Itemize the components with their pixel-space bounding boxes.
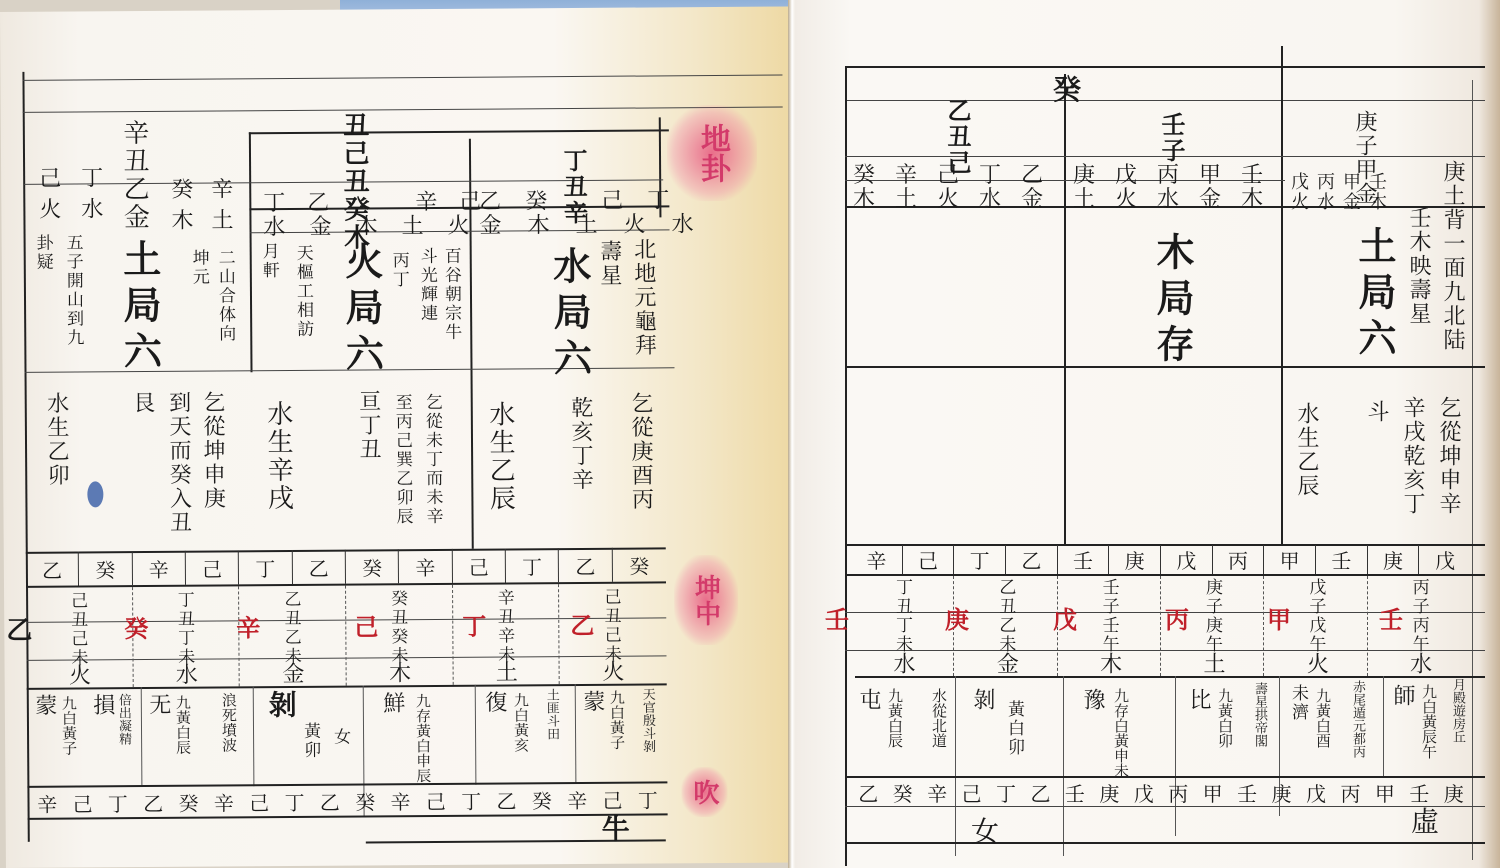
stem-cell: 癸 bbox=[346, 549, 400, 583]
stem-cell: 癸 bbox=[885, 778, 919, 807]
red-stem: 乙 bbox=[6, 610, 32, 647]
section1-header: 辛丑乙金 bbox=[121, 119, 148, 231]
stem-cell: 癸 bbox=[347, 785, 383, 815]
section1-elements: 木土火水金 bbox=[853, 182, 1063, 213]
top-header: 癸 bbox=[1053, 68, 1081, 108]
rule bbox=[249, 129, 669, 134]
lower-note: 水生乙卯 bbox=[45, 392, 68, 488]
hexagram-extra: 赤尾遁元都丙 bbox=[1351, 680, 1364, 758]
stem-cell: 己 bbox=[65, 787, 101, 817]
lower-note: 乾亥丁辛 bbox=[569, 396, 592, 492]
stem-cell: 丙 bbox=[1161, 778, 1195, 807]
hexagram-trigram: 九白黃亥 bbox=[513, 692, 528, 752]
red-stem: 庚 bbox=[945, 600, 969, 635]
hexagram-name: 復 bbox=[483, 690, 505, 714]
section1-stem-ji: 己火 bbox=[39, 162, 61, 224]
col-divider bbox=[1064, 74, 1066, 544]
footer-mansion: 虛 bbox=[1411, 800, 1439, 840]
stem-cell: 乙 bbox=[1023, 778, 1057, 807]
right-border bbox=[1472, 80, 1473, 860]
stem-cell: 庚 bbox=[1109, 545, 1161, 574]
stem-row: 辛 己 丁 乙 壬 庚 戊 丙 甲 壬 庚 戊 bbox=[851, 545, 1471, 574]
col-divider bbox=[1281, 46, 1283, 546]
stem-cell: 丁 bbox=[954, 545, 1006, 574]
red-stem: 甲 bbox=[1267, 600, 1291, 635]
lower-note: 至丙己巽乙卯辰 bbox=[393, 393, 411, 526]
stem-cell: 辛 bbox=[920, 778, 954, 807]
section2-note: 百谷朝宗牛 bbox=[442, 247, 460, 342]
hexagram-trigram: 九黃白辰 bbox=[175, 695, 190, 755]
stem-cell: 壬 bbox=[1316, 545, 1368, 574]
section2-header: 壬子 bbox=[1159, 112, 1183, 164]
hexagram-trigram: 九白黃子 bbox=[61, 695, 76, 755]
hexagram-name: 豫 bbox=[1081, 688, 1103, 712]
col-divider bbox=[253, 686, 255, 786]
lower-note: 水生乙辰 bbox=[1295, 402, 1317, 498]
section2-main: 木局存 bbox=[1153, 232, 1191, 370]
stem-cell: 乙 bbox=[135, 787, 171, 817]
stem-cell: 丙 bbox=[1213, 545, 1265, 574]
lower-note: 乞從未丁而未辛 bbox=[423, 393, 441, 526]
red-seal-stamp: 吹 bbox=[681, 767, 727, 817]
col-divider bbox=[249, 132, 253, 372]
section3-elements: 火水金木 bbox=[1291, 188, 1395, 214]
lower-note: 乞從坤申辛 bbox=[1437, 396, 1459, 516]
lower-note: 斗 bbox=[1365, 400, 1387, 424]
rule bbox=[845, 66, 1485, 68]
lower-note: 乞從坤申庚 bbox=[201, 390, 224, 510]
red-stem: 壬 bbox=[825, 600, 849, 635]
hexagram-trigram: 黃白卯 bbox=[1005, 700, 1022, 757]
section2-note: 丙丁 bbox=[390, 251, 407, 289]
stem-row: 乙 癸 辛 己 丁 乙 癸 辛 己 丁 乙 癸 bbox=[26, 547, 666, 585]
hexagram-name: 鮮 bbox=[381, 691, 403, 715]
section1-note: 二山合体向 bbox=[216, 248, 234, 343]
section3-note: 壬木映壽星 bbox=[1407, 206, 1429, 326]
section1-note: 卦疑 bbox=[34, 234, 51, 272]
stem-cell: 丁 bbox=[239, 550, 293, 584]
hexagram-trigram: 九存白黃申未 bbox=[1113, 688, 1128, 778]
stem-cell: 甲 bbox=[1264, 545, 1316, 574]
stem-cell: 丁 bbox=[453, 785, 489, 815]
stem-cell: 乙 bbox=[851, 778, 885, 807]
stem-cell: 庚 bbox=[1264, 778, 1298, 807]
hexagram-trigram: 九存黃白申辰 bbox=[415, 693, 431, 783]
rule bbox=[845, 100, 1485, 101]
stem-cell: 辛 bbox=[399, 549, 453, 583]
section1-note: 五子開山到九 bbox=[64, 233, 82, 347]
lower-note: 艮 bbox=[131, 391, 153, 415]
hexagram-name: 剝 bbox=[267, 690, 295, 722]
hexagram-name: 未濟 bbox=[1289, 684, 1306, 722]
bottom-stem-row: 辛 己 丁 乙 癸 辛 己 丁 乙 癸 辛 己 丁 乙 癸 辛 己 丁 bbox=[29, 783, 665, 817]
section3-note: 庚土背一面九北陆 bbox=[1441, 160, 1463, 352]
col-divider bbox=[1383, 676, 1384, 776]
stem-cell: 辛 bbox=[383, 785, 419, 815]
section3-note: 壽星 bbox=[598, 240, 620, 288]
lower-note: 辛戌乾亥丁 bbox=[1401, 396, 1423, 516]
section2-note: 斗光輝連 bbox=[418, 247, 436, 323]
stem-cell: 己 bbox=[418, 785, 454, 815]
hexagram-trigram: 九黃白辰 bbox=[887, 688, 902, 748]
stem-cell: 壬 bbox=[1058, 778, 1092, 807]
stem-cell: 丁 bbox=[989, 778, 1023, 807]
stem-cell: 庚 bbox=[1092, 778, 1126, 807]
section3-main: 水局六 bbox=[550, 246, 589, 384]
red-stem: 戊 bbox=[1053, 600, 1077, 635]
hexagram-extra: 天官殷斗剝 bbox=[641, 687, 654, 752]
red-stem: 癸 bbox=[124, 609, 148, 644]
section3-note: 北地元龜拜 bbox=[632, 237, 655, 357]
stem-cell: 癸 bbox=[171, 787, 207, 817]
hexagram-name: 比 bbox=[1187, 688, 1209, 712]
stem-cell: 辛 bbox=[29, 788, 65, 818]
hexagram-trigram: 九白黃子 bbox=[609, 690, 624, 750]
stem-cell: 乙 bbox=[559, 548, 613, 582]
stem-cell: 癸 bbox=[524, 784, 560, 814]
red-stem: 壬 bbox=[1379, 600, 1403, 635]
red-stem-row: 壬 庚 戊 丙 甲 壬 bbox=[795, 600, 1475, 630]
red-stem-row: 乙 癸 辛 己 丁 乙 bbox=[4, 606, 644, 640]
col-divider bbox=[1063, 676, 1064, 856]
lower-note: 水生辛戌 bbox=[265, 400, 292, 512]
stem-cell: 乙 bbox=[292, 550, 346, 584]
stem-cell: 丙 bbox=[1333, 778, 1367, 807]
stem-cell: 戊 bbox=[1419, 545, 1471, 574]
left-border bbox=[845, 66, 847, 866]
col-divider bbox=[1175, 676, 1176, 836]
stem-cell: 戊 bbox=[1161, 545, 1213, 574]
stem-cell: 乙 bbox=[489, 784, 525, 814]
stem-cell: 乙 bbox=[312, 786, 348, 816]
hexagram-name: 損 bbox=[91, 693, 113, 717]
section1-stem-ding: 丁水 bbox=[81, 161, 103, 223]
red-stem: 乙 bbox=[570, 606, 594, 641]
lower-note: 水生乙辰 bbox=[487, 400, 514, 512]
section2-note: 月軒 bbox=[260, 242, 277, 280]
stem-cell: 丁 bbox=[277, 786, 313, 816]
hexagram-extra: 女 bbox=[331, 728, 348, 747]
red-stem: 丙 bbox=[1165, 600, 1189, 635]
stem-cell: 甲 bbox=[1368, 778, 1402, 807]
ink-stain bbox=[87, 481, 103, 507]
stem-cell: 甲 bbox=[1195, 778, 1229, 807]
rule bbox=[845, 842, 1485, 844]
stem-cell: 辛 bbox=[206, 786, 242, 816]
col-divider bbox=[141, 687, 143, 787]
hexagram-name: 剝 bbox=[971, 688, 993, 712]
stem-cell: 己 bbox=[241, 786, 277, 816]
stem-cell: 戊 bbox=[1299, 778, 1333, 807]
stem-cell: 乙 bbox=[26, 551, 80, 585]
red-stem: 丁 bbox=[462, 607, 486, 642]
stem-cell: 癸 bbox=[79, 551, 133, 585]
hexagram-extra: 月殿遊房丘 bbox=[1451, 678, 1464, 743]
stem-cell: 己 bbox=[452, 548, 506, 582]
hexagram-extra: 土匪斗田 bbox=[545, 688, 558, 740]
left-border bbox=[22, 72, 29, 842]
stem-cell: 壬 bbox=[1058, 545, 1110, 574]
stem-cell: 丁 bbox=[630, 783, 666, 813]
stem-cell: 庚 bbox=[1437, 778, 1471, 807]
stem-cell: 壬 bbox=[1230, 778, 1264, 807]
lower-note: 乞從庚酉丙 bbox=[629, 391, 652, 511]
stem-cell: 丁 bbox=[100, 787, 136, 817]
section2-elements: 土火水金木 bbox=[1073, 182, 1283, 213]
section3-main: 土局六 bbox=[1355, 226, 1393, 364]
col-divider bbox=[575, 684, 577, 784]
section1-stem-xin: 辛土 bbox=[211, 172, 233, 234]
left-page: 辛丑乙金 己火 丁水 癸木 辛土 土局六 卦疑 五子開山到九 坤元 二山合体向 … bbox=[0, 6, 796, 867]
stem-cell: 辛 bbox=[559, 784, 595, 814]
stem-cell: 己 bbox=[903, 545, 955, 574]
red-seal-stamp: 坤中 bbox=[674, 555, 739, 645]
section3-elements: 金木土火水 bbox=[479, 207, 719, 240]
section2-note: 天樞工相訪 bbox=[294, 244, 312, 339]
hexagram-name: 屯 bbox=[857, 688, 879, 712]
red-stem: 辛 bbox=[236, 608, 260, 643]
hexagram-name: 蒙 bbox=[33, 694, 55, 718]
col-divider bbox=[475, 685, 477, 785]
stem-cell: 己 bbox=[954, 778, 988, 807]
section1-stem-gui: 癸木 bbox=[171, 173, 193, 235]
stem-cell: 己 bbox=[186, 550, 240, 584]
right-page: 癸 乙丑己 壬子 庚子甲金 癸辛己丁乙 木土火水金 庚戊丙甲壬 土火水金木 戊丙… bbox=[795, 0, 1500, 868]
lower-note: 到天而癸入丑 bbox=[167, 391, 190, 535]
stem-cell: 乙 bbox=[1006, 545, 1058, 574]
stem-cell: 戊 bbox=[1127, 778, 1161, 807]
stem-cell: 辛 bbox=[132, 551, 186, 585]
rule bbox=[855, 676, 1485, 678]
stem-cell: 辛 bbox=[851, 545, 903, 574]
footer-mansion: 牛 bbox=[602, 808, 630, 848]
col-divider bbox=[955, 676, 956, 856]
hexagram-extra: 浪死墳波 bbox=[221, 692, 236, 752]
section1-main: 土局六 bbox=[120, 239, 159, 377]
hexagram-trigram: 九白黃辰午 bbox=[1421, 684, 1436, 759]
red-stem: 己 bbox=[354, 607, 378, 642]
hexagram-name: 无 bbox=[147, 693, 169, 717]
stem-cell: 丁 bbox=[506, 548, 560, 582]
hexagram-name: 師 bbox=[1391, 684, 1413, 708]
section2-main: 火局六 bbox=[342, 241, 381, 379]
stem-cell: 癸 bbox=[612, 547, 666, 581]
hexagram-trigram: 九黃白卯 bbox=[1217, 688, 1232, 748]
hexagram-trigram: 九黃白酉 bbox=[1315, 688, 1330, 748]
footer-mansion: 女 bbox=[971, 810, 999, 850]
red-seal-stamp: 地卦 bbox=[667, 105, 758, 202]
section2-elements: 水金木土火 bbox=[263, 209, 493, 242]
hexagram-trigram: 黃卯 bbox=[301, 722, 318, 760]
section1-note: 坤元 bbox=[190, 249, 207, 287]
lower-note: 亘丁丑 bbox=[357, 389, 380, 461]
hexagram-extra: 倍出凝精 bbox=[117, 693, 130, 745]
rule bbox=[22, 75, 782, 81]
hexagram-extra: 水從北道 bbox=[931, 688, 946, 748]
stem-cell: 庚 bbox=[1368, 545, 1420, 574]
bottom-stem-row: 乙 癸 辛 己 丁 乙 壬 庚 戊 丙 甲 壬 庚 戊 丙 甲 壬 庚 bbox=[851, 778, 1471, 806]
hexagram-extra: 壽星拱帝閣 bbox=[1253, 682, 1266, 747]
hexagram-name: 蒙 bbox=[581, 690, 603, 714]
